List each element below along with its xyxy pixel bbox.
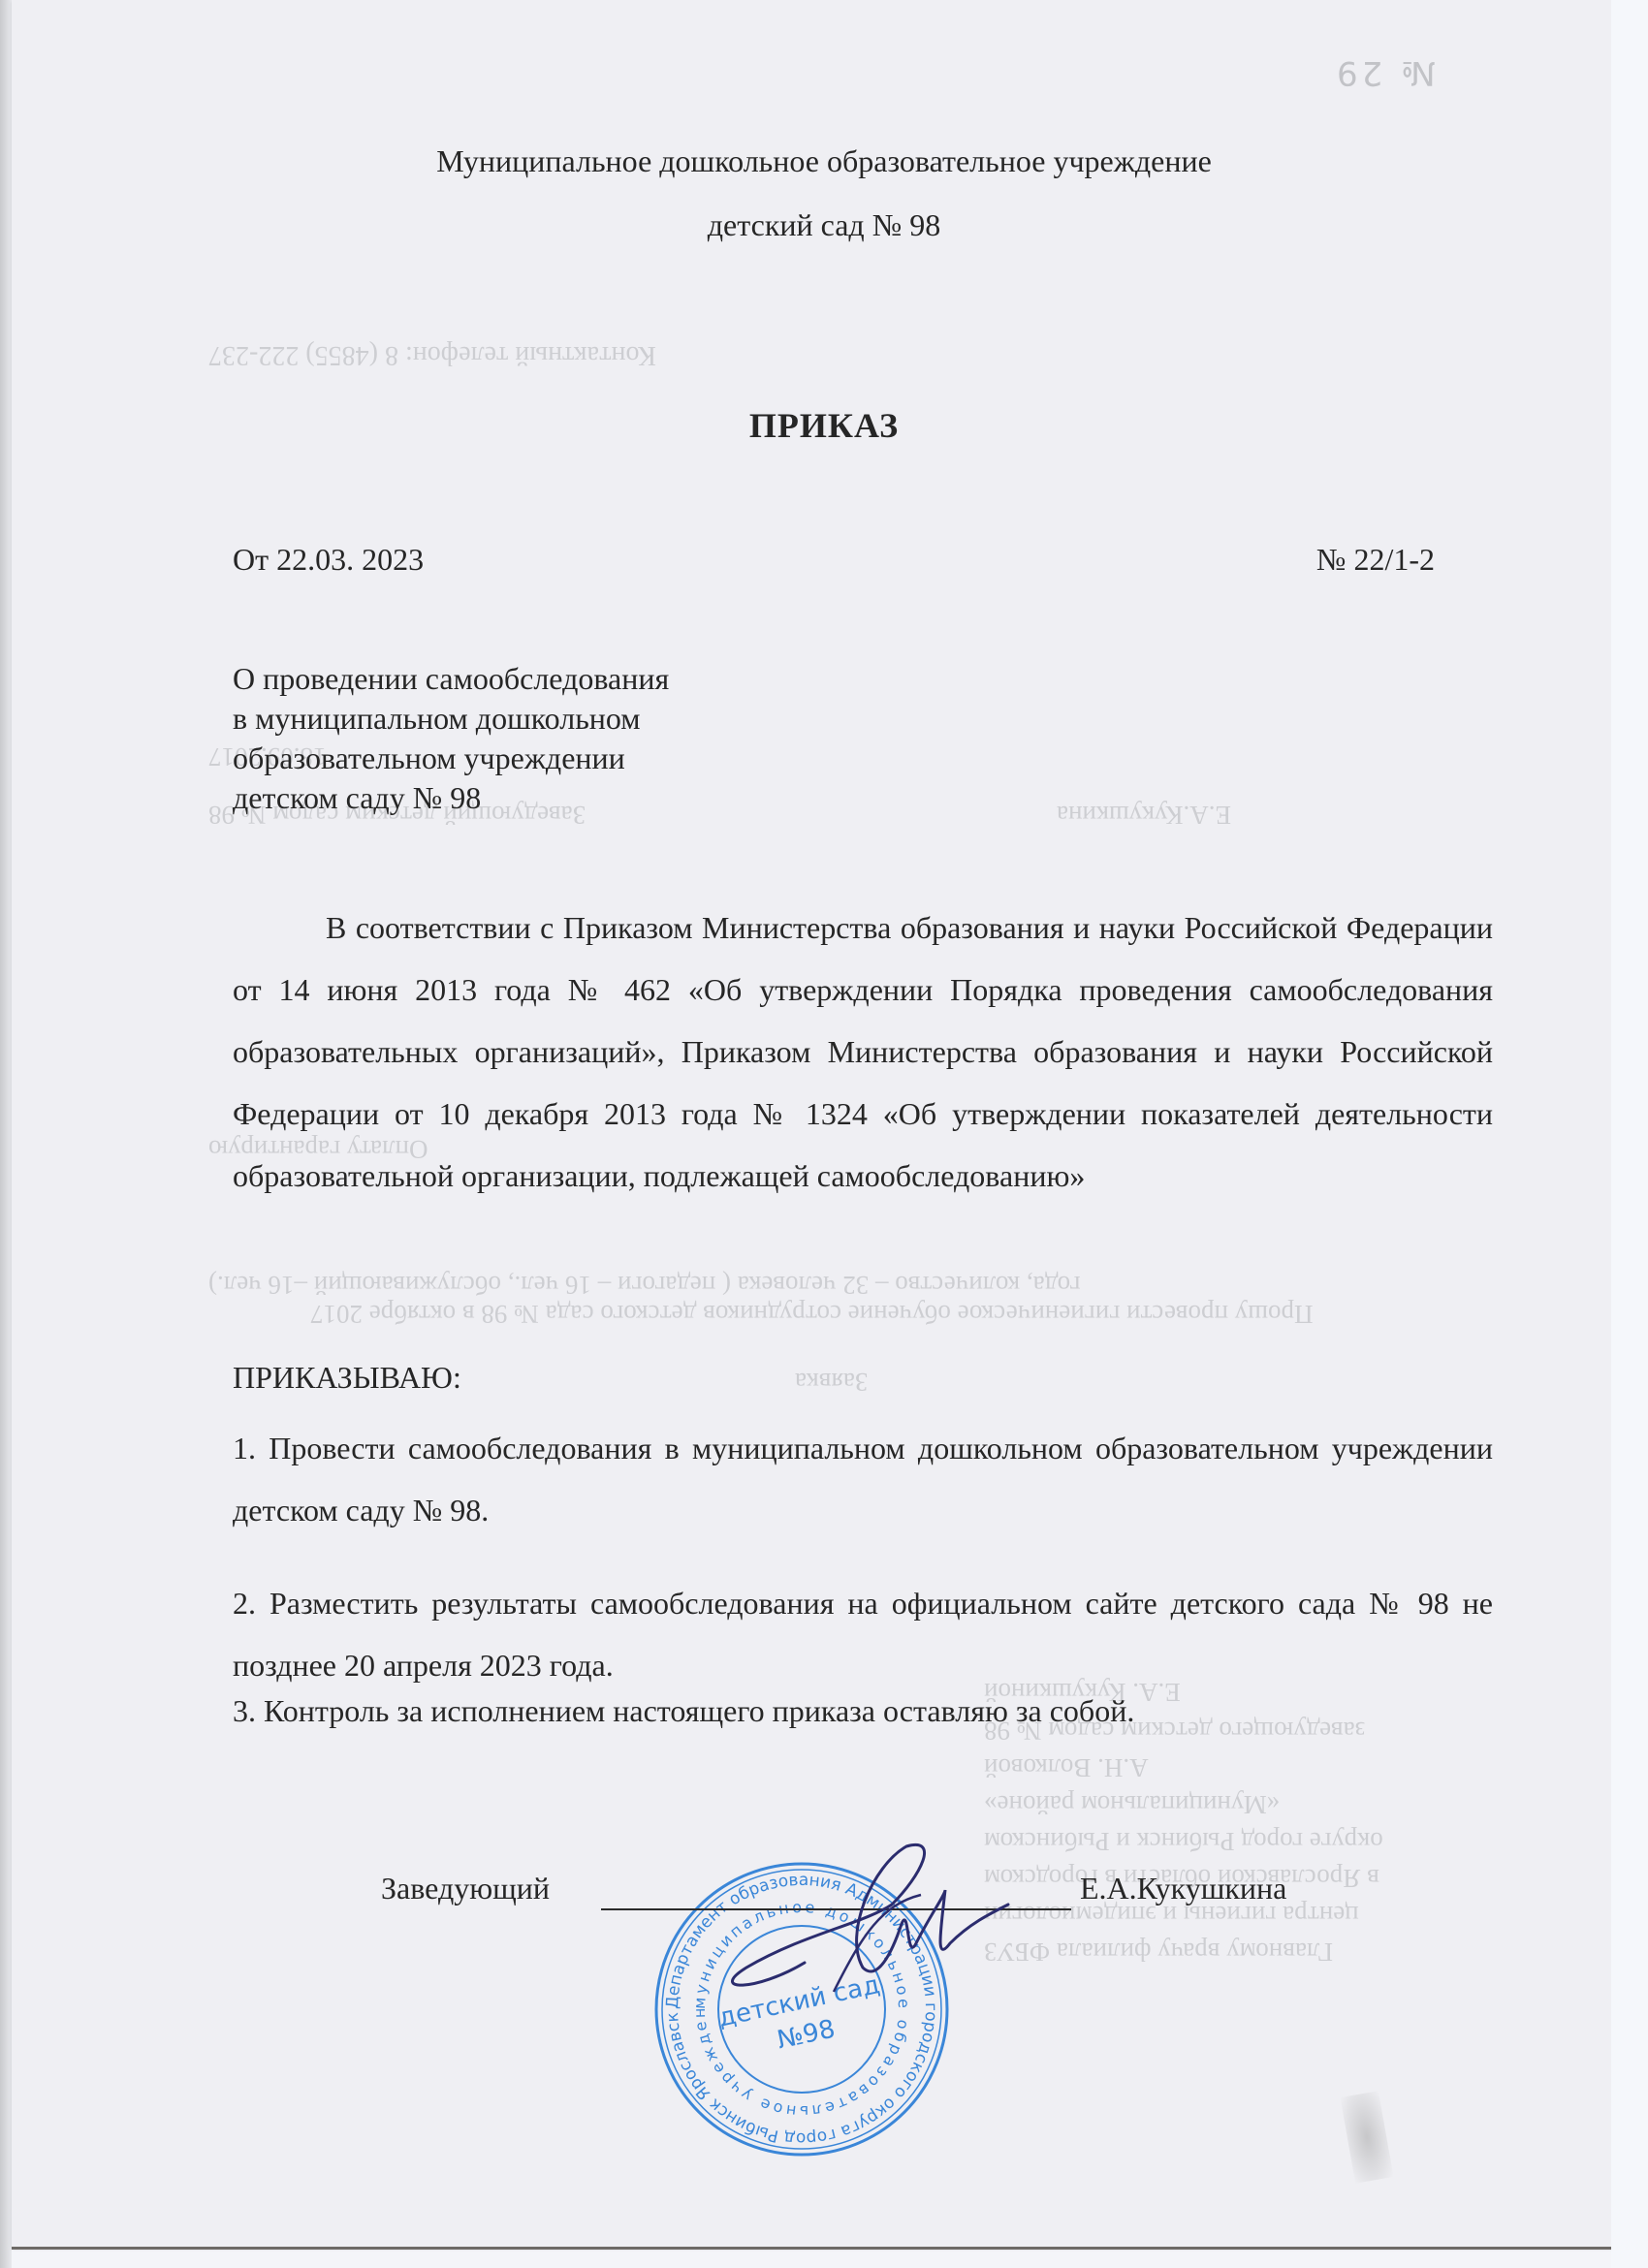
show-through-line-c: года, количество – 32 человека ( педагог… <box>208 1270 1081 1300</box>
show-through-sig-8: Главному врачу филиала ФБУЗ <box>984 1937 1333 1967</box>
page-bottom-edge <box>12 2247 1611 2250</box>
signer-position: Заведующий <box>381 1871 550 1906</box>
orders-label: ПРИКАЗЫВАЮ: <box>233 1360 461 1396</box>
preamble-paragraph: В соответствии с Приказом Министерства о… <box>233 897 1493 1207</box>
organization-name-line2: детский сад № 98 <box>0 206 1648 243</box>
show-through-sig-4: «Муниципальном районе» <box>984 1789 1280 1819</box>
order-subject: О проведении самообследования в муниципа… <box>233 659 669 818</box>
show-through-title-a: Заявка <box>795 1367 868 1397</box>
handwritten-signature <box>698 1798 1018 2031</box>
show-through-head-name: Е.А.Кукушкина <box>1057 800 1231 830</box>
show-through-sig-3: А.Н. Волковой <box>984 1752 1149 1782</box>
order-item-2: 2. Разместить результаты самообследовани… <box>233 1572 1493 1696</box>
subject-line: детском саду № 98 <box>233 778 669 818</box>
subject-line: в муниципальном дошкольном <box>233 699 669 739</box>
show-through-line-b: Прошу провести гигиеническое обучение со… <box>310 1299 1314 1329</box>
subject-line: образовательном учреждении <box>233 739 669 778</box>
order-item-3: 3. Контроль за исполнением настоящего пр… <box>233 1680 1493 1742</box>
organization-name-line1: Муниципальное дошкольное образовательное… <box>0 142 1648 179</box>
handwritten-note: № 29 <box>1333 53 1435 92</box>
order-number: № 22/1-2 <box>1316 541 1435 578</box>
date-number-row: От 22.03. 2023 № 22/1-2 <box>233 541 1435 578</box>
signer-name: Е.А.Кукушкина <box>1080 1871 1286 1906</box>
show-through-sig-5: округе город Рыбинск и Рыбинском <box>984 1826 1383 1856</box>
show-through-phone: Контактный телефон: 8 (4855) 222-237 <box>208 339 656 370</box>
order-date: От 22.03. 2023 <box>233 542 424 577</box>
document-title: ПРИКАЗ <box>0 405 1648 446</box>
order-item-1: 1. Провести самообследования в муниципал… <box>233 1417 1493 1541</box>
subject-line: О проведении самообследования <box>233 659 669 699</box>
